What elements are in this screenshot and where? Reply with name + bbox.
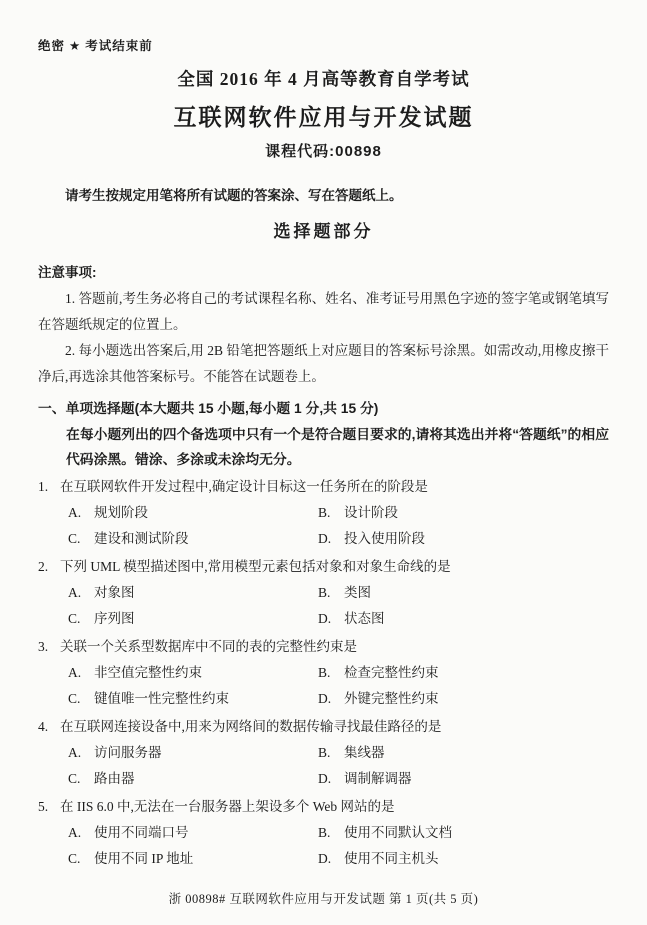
question-item-3: 3. 关联一个关系型数据库中不同的表的完整性约束是 A.非空值完整性约束 B.检… — [38, 634, 609, 712]
classification-right: 考试结束前 — [85, 39, 153, 53]
question-list: 1. 在互联网软件开发过程中,确定设计目标这一任务所在的阶段是 A.规划阶段 B… — [38, 474, 609, 872]
question-text: 在互联网连接设备中,用来为网络间的数据传输寻找最佳路径的是 — [60, 714, 609, 740]
option-text: 使用不同主机头 — [344, 846, 439, 872]
option-text: 使用不同 IP 地址 — [94, 846, 193, 872]
option-b: B.类图 — [318, 580, 609, 606]
option-label: D. — [318, 686, 344, 712]
note-item-1: 1. 答题前,考生务必将自己的考试课程名称、姓名、准考证号用黑色字迹的签字笔或钢… — [38, 286, 609, 338]
page-footer: 浙 00898# 互联网软件应用与开发试题 第 1 页(共 5 页) — [0, 889, 647, 907]
question-item-4: 4. 在互联网连接设备中,用来为网络间的数据传输寻找最佳路径的是 A.访问服务器… — [38, 714, 609, 792]
classification-left: 绝密 — [38, 39, 65, 53]
option-label: B. — [318, 740, 344, 766]
note-item-2: 2. 每小题选出答案后,用 2B 铅笔把答题纸上对应题目的答案标号涂黑。如需改动… — [38, 338, 609, 390]
option-c: C.建设和测试阶段 — [68, 526, 318, 552]
question-line: 4. 在互联网连接设备中,用来为网络间的数据传输寻找最佳路径的是 — [38, 714, 609, 740]
exam-page: 绝密★考试结束前 全国 2016 年 4 月高等教育自学考试 互联网软件应用与开… — [0, 0, 647, 925]
option-text: 建设和测试阶段 — [94, 526, 189, 552]
option-group: A.对象图 B.类图 C.序列图 D.状态图 — [68, 580, 609, 632]
question-number: 5. — [38, 794, 60, 820]
question-line: 3. 关联一个关系型数据库中不同的表的完整性约束是 — [38, 634, 609, 660]
question-item-5: 5. 在 IIS 6.0 中,无法在一台服务器上架设多个 Web 网站的是 A.… — [38, 794, 609, 872]
option-label: B. — [318, 500, 344, 526]
option-a: A.非空值完整性约束 — [68, 660, 318, 686]
option-label: A. — [68, 740, 94, 766]
option-label: B. — [318, 660, 344, 686]
exam-series-title: 全国 2016 年 4 月高等教育自学考试 — [38, 66, 609, 91]
option-label: C. — [68, 686, 94, 712]
question-item-1: 1. 在互联网软件开发过程中,确定设计目标这一任务所在的阶段是 A.规划阶段 B… — [38, 474, 609, 552]
option-text: 使用不同默认文档 — [344, 820, 452, 846]
option-label: B. — [318, 580, 344, 606]
option-label: D. — [318, 526, 344, 552]
question-text: 在 IIS 6.0 中,无法在一台服务器上架设多个 Web 网站的是 — [60, 794, 609, 820]
option-text: 状态图 — [344, 606, 385, 632]
part-title: 选择题部分 — [38, 217, 609, 242]
option-label: C. — [68, 846, 94, 872]
star-icon: ★ — [65, 39, 85, 53]
question-text: 在互联网软件开发过程中,确定设计目标这一任务所在的阶段是 — [60, 474, 609, 500]
classification-label: 绝密★考试结束前 — [38, 36, 609, 54]
question-number: 2. — [38, 554, 60, 580]
option-label: D. — [318, 846, 344, 872]
option-text: 规划阶段 — [94, 500, 148, 526]
option-text: 集线器 — [344, 740, 385, 766]
option-label: A. — [68, 500, 94, 526]
question-line: 2. 下列 UML 模型描述图中,常用模型元素包括对象和对象生命线的是 — [38, 554, 609, 580]
question-number: 3. — [38, 634, 60, 660]
option-label: D. — [318, 606, 344, 632]
option-a: A.使用不同端口号 — [68, 820, 318, 846]
option-d: D.投入使用阶段 — [318, 526, 609, 552]
option-b: B.设计阶段 — [318, 500, 609, 526]
option-b: B.使用不同默认文档 — [318, 820, 609, 846]
option-text: 序列图 — [94, 606, 135, 632]
option-group: A.访问服务器 B.集线器 C.路由器 D.调制解调器 — [68, 740, 609, 792]
option-c: C.路由器 — [68, 766, 318, 792]
candidate-instruction: 请考生按规定用笔将所有试题的答案涂、写在答题纸上。 — [38, 183, 609, 209]
option-label: A. — [68, 580, 94, 606]
option-a: A.访问服务器 — [68, 740, 318, 766]
question-number: 4. — [38, 714, 60, 740]
option-label: C. — [68, 606, 94, 632]
option-a: A.对象图 — [68, 580, 318, 606]
question-text: 关联一个关系型数据库中不同的表的完整性约束是 — [60, 634, 609, 660]
option-text: 非空值完整性约束 — [94, 660, 202, 686]
section1-subheading: 在每小题列出的四个备选项中只有一个是符合题目要求的,请将其选出并将“答题纸”的相… — [66, 422, 609, 472]
option-text: 外键完整性约束 — [344, 686, 439, 712]
option-d: D.使用不同主机头 — [318, 846, 609, 872]
option-text: 设计阶段 — [344, 500, 398, 526]
option-text: 使用不同端口号 — [94, 820, 189, 846]
question-line: 5. 在 IIS 6.0 中,无法在一台服务器上架设多个 Web 网站的是 — [38, 794, 609, 820]
option-text: 调制解调器 — [344, 766, 412, 792]
question-item-2: 2. 下列 UML 模型描述图中,常用模型元素包括对象和对象生命线的是 A.对象… — [38, 554, 609, 632]
option-label: A. — [68, 660, 94, 686]
paper-title: 互联网软件应用与开发试题 — [38, 99, 609, 132]
section1-heading: 一、单项选择题(本大题共 15 小题,每小题 1 分,共 15 分) — [38, 396, 609, 422]
option-text: 投入使用阶段 — [344, 526, 425, 552]
option-text: 类图 — [344, 580, 371, 606]
question-number: 1. — [38, 474, 60, 500]
option-label: A. — [68, 820, 94, 846]
option-label: C. — [68, 526, 94, 552]
option-b: B.集线器 — [318, 740, 609, 766]
option-group: A.非空值完整性约束 B.检查完整性约束 C.键值唯一性完整性约束 D.外键完整… — [68, 660, 609, 712]
option-c: C.使用不同 IP 地址 — [68, 846, 318, 872]
option-group: A.使用不同端口号 B.使用不同默认文档 C.使用不同 IP 地址 D.使用不同… — [68, 820, 609, 872]
option-text: 访问服务器 — [94, 740, 162, 766]
option-group: A.规划阶段 B.设计阶段 C.建设和测试阶段 D.投入使用阶段 — [68, 500, 609, 552]
option-d: D.外键完整性约束 — [318, 686, 609, 712]
option-d: D.状态图 — [318, 606, 609, 632]
option-d: D.调制解调器 — [318, 766, 609, 792]
option-label: D. — [318, 766, 344, 792]
question-text: 下列 UML 模型描述图中,常用模型元素包括对象和对象生命线的是 — [60, 554, 609, 580]
option-text: 路由器 — [94, 766, 135, 792]
option-text: 检查完整性约束 — [344, 660, 439, 686]
option-label: B. — [318, 820, 344, 846]
option-a: A.规划阶段 — [68, 500, 318, 526]
option-text: 键值唯一性完整性约束 — [94, 686, 229, 712]
option-c: C.键值唯一性完整性约束 — [68, 686, 318, 712]
course-code: 课程代码:00898 — [38, 140, 609, 161]
question-line: 1. 在互联网软件开发过程中,确定设计目标这一任务所在的阶段是 — [38, 474, 609, 500]
option-text: 对象图 — [94, 580, 135, 606]
option-label: C. — [68, 766, 94, 792]
option-b: B.检查完整性约束 — [318, 660, 609, 686]
option-c: C.序列图 — [68, 606, 318, 632]
notes-title: 注意事项: — [38, 260, 609, 286]
